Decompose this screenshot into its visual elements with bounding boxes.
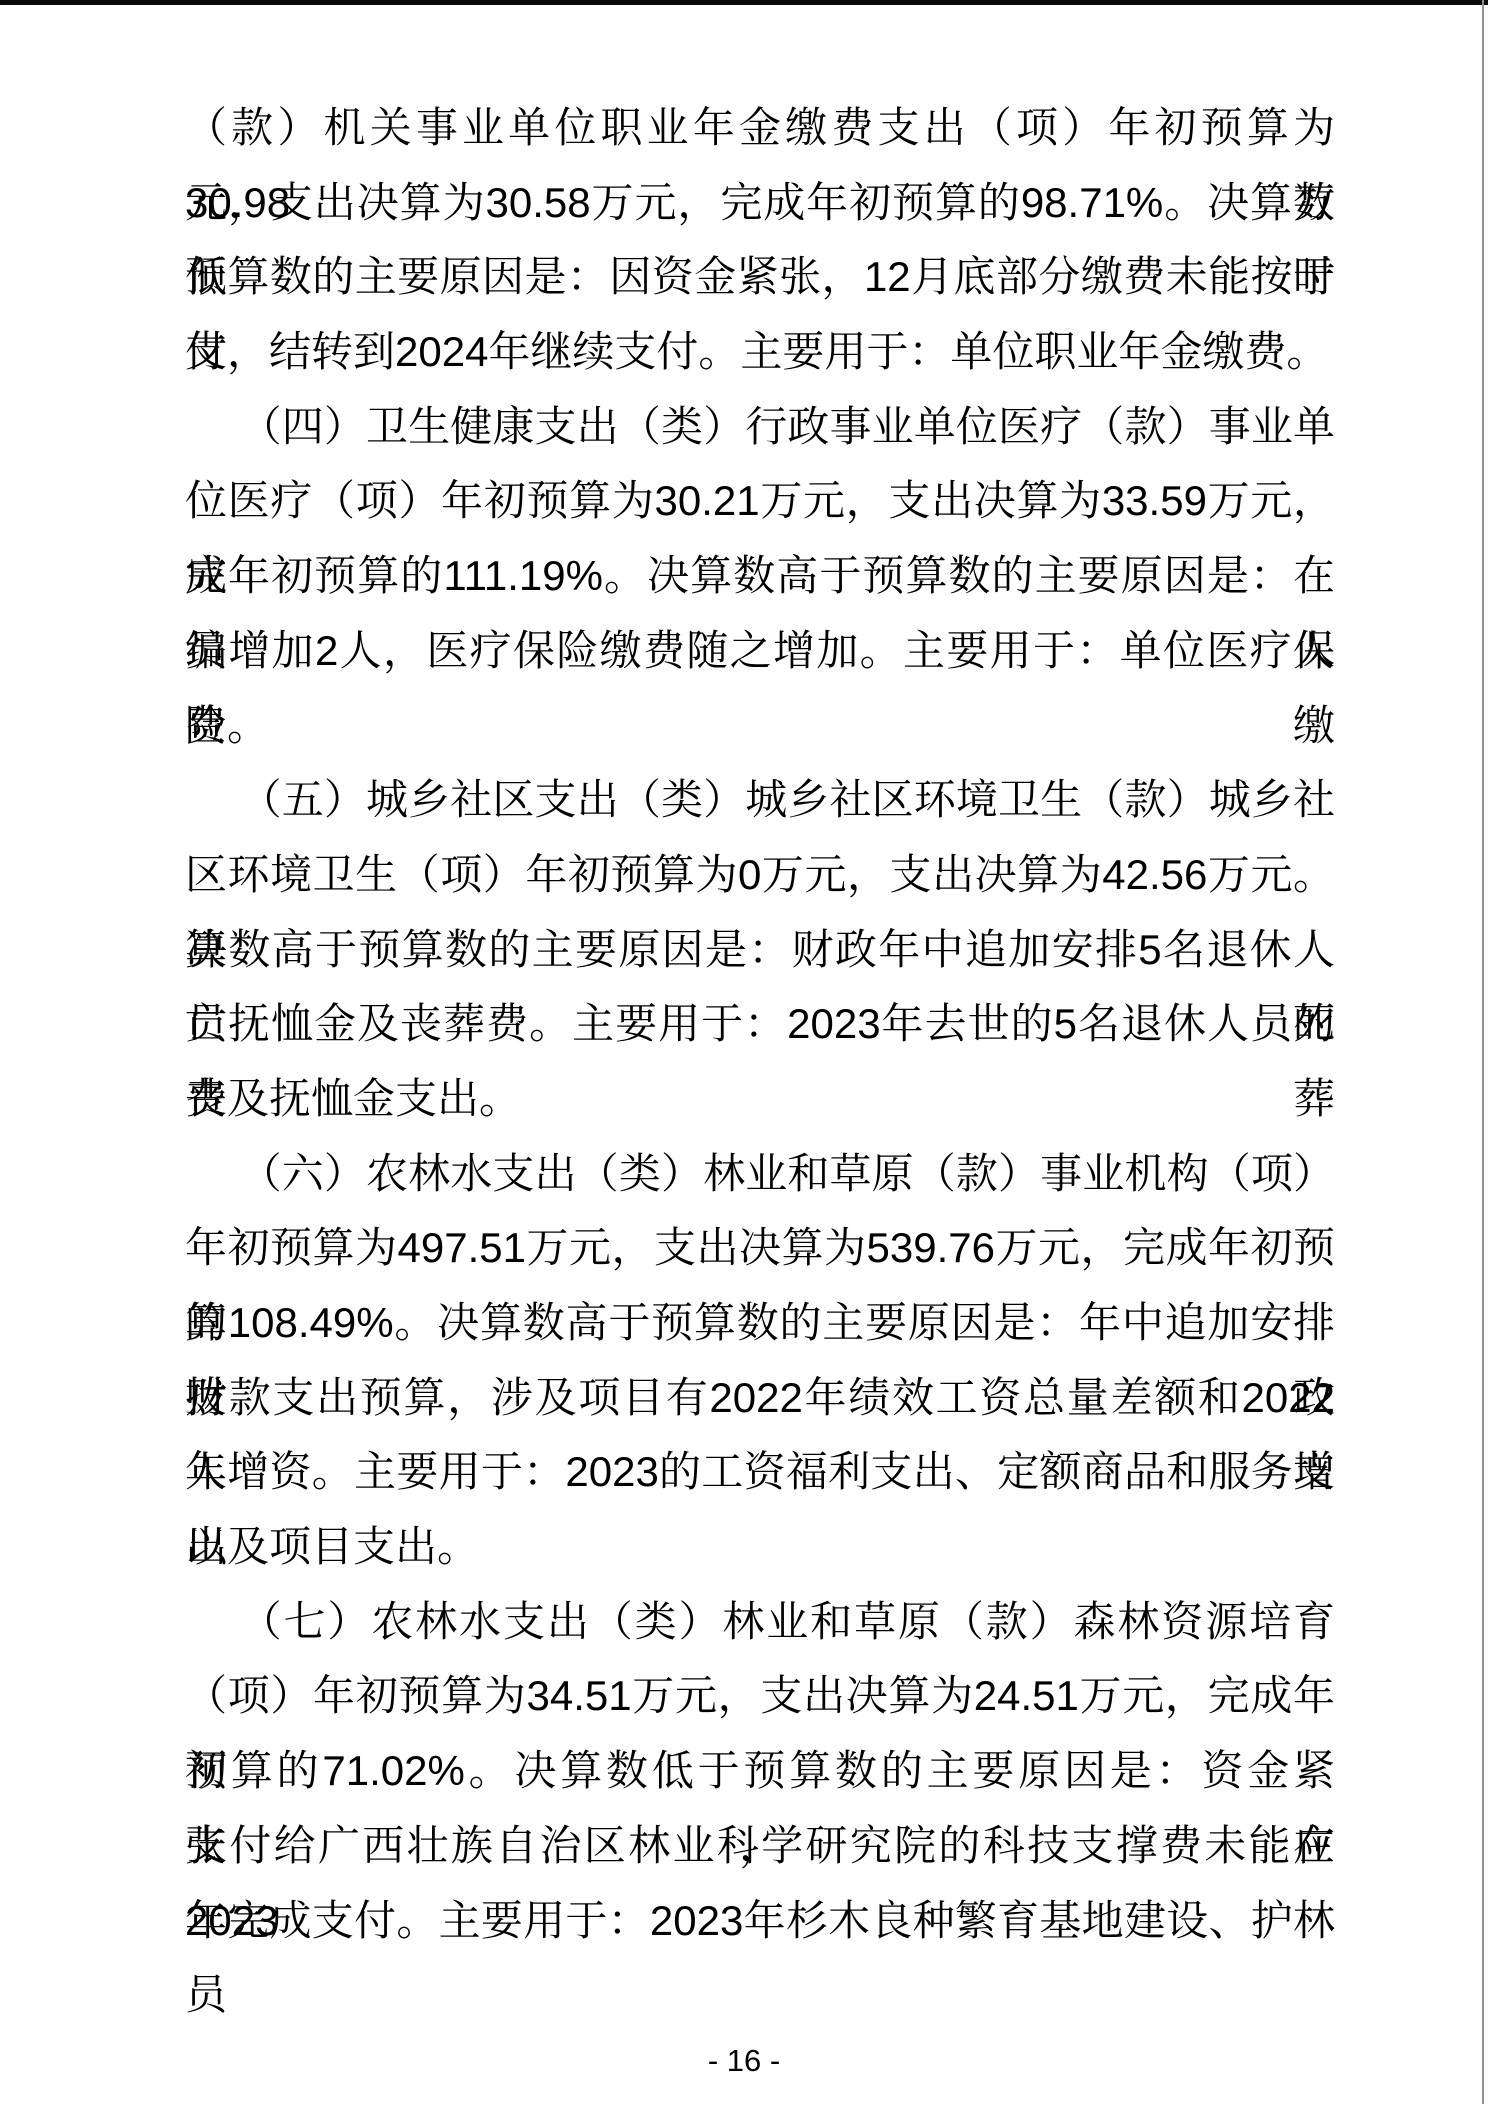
paragraph-line: 区环境卫生（项）年初预算为0万元，支出决算为42.56万元。决	[185, 838, 1335, 913]
paragraph-line: 年完成支付。主要用于：2023年杉木良种繁育基地建设、护林员	[185, 1884, 1335, 1959]
paragraph-line: 预算的71.02%。决算数低于预算数的主要原因是：资金紧张，应	[185, 1734, 1335, 1809]
paragraph-line: 预算数的主要原因是：因资金紧张，12月底部分缴费未能按时支	[185, 240, 1335, 315]
paragraph-item-4-health-expenditure: （四）卫生健康支出（类）行政事业单位医疗（款）事业单 位医疗（项）年初预算为30…	[185, 390, 1335, 763]
paragraph-line: （项）年初预算为34.51万元，支出决算为24.51万元，完成年初	[185, 1659, 1335, 1734]
paragraph-line: 员增加2人，医疗保险缴费随之增加。主要用于：单位医疗保险缴	[185, 614, 1335, 689]
document-page: （款）机关事业单位职业年金缴费支出（项）年初预算为30.98万 元，支出决算为3…	[0, 0, 1488, 2104]
paragraph-line: 元，支出决算为30.58万元，完成年初预算的98.71%。决算数低于	[185, 166, 1335, 241]
paragraph-line: 成年初预算的111.19%。决算数高于预算数的主要原因是：在编人	[185, 539, 1335, 614]
paragraph-item-6-forestry-institutions: （六）农林水支出（类）林业和草原（款）事业机构（项） 年初预算为497.51万元…	[185, 1137, 1335, 1585]
paragraph-line: （六）农林水支出（类）林业和草原（款）事业机构（项）	[185, 1137, 1335, 1212]
paragraph-line: 拨款支出预算，涉及项目有2022年绩效工资总量差额和2022年增	[185, 1361, 1335, 1436]
paragraph-item-5-urban-rural-community: （五）城乡社区支出（类）城乡社区环境卫生（款）城乡社 区环境卫生（项）年初预算为…	[185, 763, 1335, 1136]
paragraph-line: （四）卫生健康支出（类）行政事业单位医疗（款）事业单	[185, 390, 1335, 465]
page-number: - 16 -	[0, 2038, 1488, 2084]
paragraph-line: 年初预算为497.51万元，支出决算为539.76万元，完成年初预算	[185, 1211, 1335, 1286]
paragraph-line: （七）农林水支出（类）林业和草原（款）森林资源培育	[185, 1585, 1335, 1660]
paragraph-pension-contribution-continued: （款）机关事业单位职业年金缴费支出（项）年初预算为30.98万 元，支出决算为3…	[185, 91, 1335, 390]
paragraph-line: 付，结转到2024年继续支付。主要用于：单位职业年金缴费。	[185, 315, 1335, 390]
paragraph-line: 算数高于预算数的主要原因是：财政年中追加安排5名退休人员死	[185, 913, 1335, 988]
paragraph-line: （款）机关事业单位职业年金缴费支出（项）年初预算为30.98万	[185, 91, 1335, 166]
paragraph-item-7-forest-resource-cultivation: （七）农林水支出（类）林业和草原（款）森林资源培育 （项）年初预算为34.51万…	[185, 1585, 1335, 1958]
page-body-text: （款）机关事业单位职业年金缴费支出（项）年初预算为30.98万 元，支出决算为3…	[185, 91, 1335, 1958]
paragraph-line: 的108.49%。决算数高于预算数的主要原因是：年中追加安排财政	[185, 1286, 1335, 1361]
paragraph-line: 位医疗（项）年初预算为30.21万元，支出决算为33.59万元，完	[185, 464, 1335, 539]
paragraph-line: 亡抚恤金及丧葬费。主要用于：2023年去世的5名退休人员的丧葬	[185, 987, 1335, 1062]
paragraph-line: （五）城乡社区支出（类）城乡社区环境卫生（款）城乡社	[185, 763, 1335, 838]
paragraph-line: 支付给广西壮族自治区林业科学研究院的科技支撑费未能在2023	[185, 1809, 1335, 1884]
paragraph-line: 以及项目支出。	[185, 1510, 1335, 1585]
page-top-border	[0, 0, 1488, 5]
paragraph-line: 人增资。主要用于：2023的工资福利支出、定额商品和服务支出	[185, 1435, 1335, 1510]
page-right-border	[1482, 0, 1484, 2104]
